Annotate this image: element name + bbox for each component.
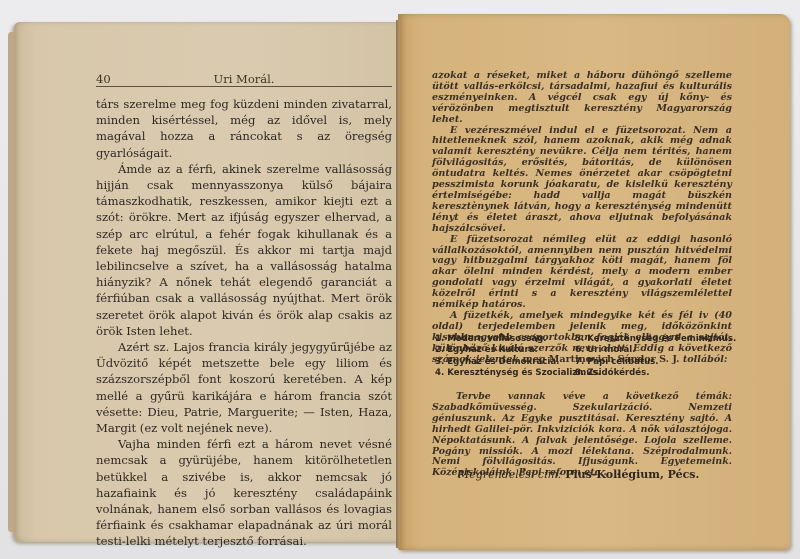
right-page-body: azokat a réseket, miket a háboru dühöngő… [432, 71, 732, 365]
series-item: 8. Zsidókérdés. [575, 368, 735, 379]
paragraph: azokat a réseket, miket a háboru dühöngő… [432, 71, 732, 126]
order-address-text: Pius-Kollégium, Pécs. [565, 468, 699, 481]
series-item: 5. Kereszténység és Feminizmus. [575, 334, 735, 345]
series-item: 7. Papi celibátus. [575, 357, 735, 368]
paragraph: társ szerelme meg fog küzdeni minden ziv… [96, 96, 392, 161]
paragraph: Vajha minden férfi ezt a három nevet vés… [96, 436, 392, 549]
order-label: Megrendelési cim: [458, 468, 565, 481]
series-item: 2. Egyház és Kultura. [435, 345, 575, 356]
series-list: 1. Modern vallásosság. 5. Kereszténység … [435, 334, 735, 379]
planned-topics: Tervbe vannak véve a következő témák: Sz… [432, 392, 732, 479]
paragraph: Azért sz. Lajos francia király jegygyűrű… [96, 339, 392, 436]
paragraph: Ámde az a férfi, akinek szerelme valláso… [96, 161, 392, 339]
left-page-body: társ szerelme meg fog küzdeni minden ziv… [96, 96, 392, 550]
order-address: Megrendelési cim: Pius-Kollégium, Pécs. [458, 468, 738, 481]
paragraph: E vezéreszmével indul el e füzetsorozat.… [432, 126, 732, 235]
paragraph: E füzetsorozat némileg elüt az eddigi ha… [432, 235, 732, 311]
planned-topics-text: Tervbe vannak véve a következő témák: Sz… [432, 392, 732, 479]
running-title: Uri Morál. [96, 72, 392, 86]
book-spine [396, 20, 400, 548]
series-item: 1. Modern vallásosság. [435, 334, 575, 345]
series-item: 3. Egyház és Demokrácia. [435, 357, 575, 368]
series-item: 6. Uri morál. [575, 345, 735, 356]
series-item: 4. Kereszténység és Szocializmus. [435, 368, 575, 379]
running-head: 40 Uri Morál. [96, 72, 392, 87]
